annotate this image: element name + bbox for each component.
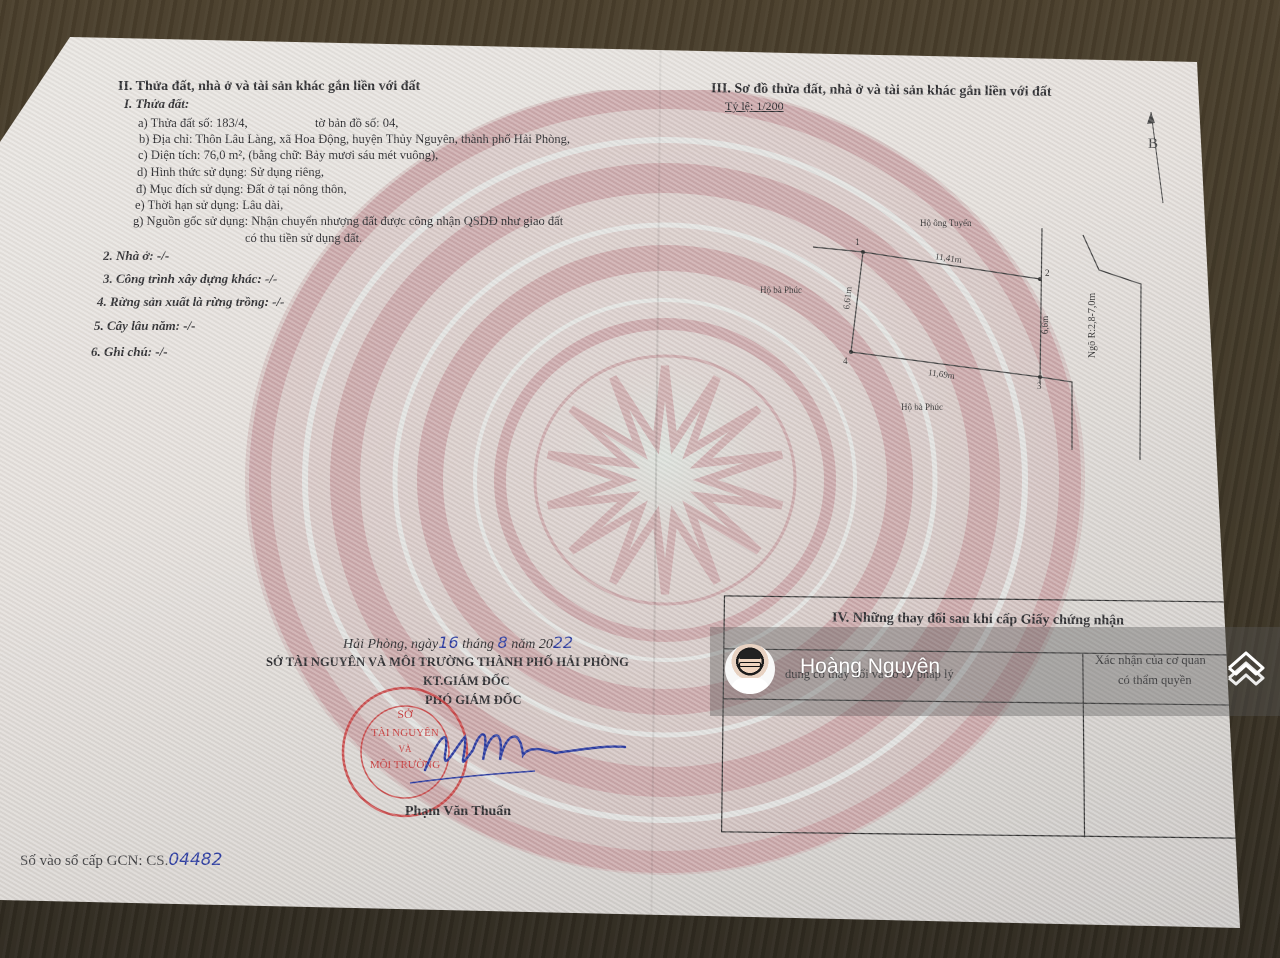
month-label: tháng	[462, 637, 494, 652]
stacked-chevrons-logo-icon	[1223, 648, 1269, 694]
handwritten-signature	[395, 715, 635, 790]
certificate-paper: II. Thửa đất, nhà ở và tài sản khác gắn …	[0, 0, 1280, 958]
land-line: g) Nguồn gốc sử dụng: Nhận chuyển nhượng…	[133, 214, 563, 229]
year-label: năm 20	[511, 637, 553, 652]
place-date-prefix: Hải Phòng, ngày	[343, 637, 438, 652]
land-line: e) Thời hạn sử dụng: Lâu dài,	[135, 198, 283, 213]
edge-right-length: 6,6m	[1040, 316, 1050, 334]
north-arrow	[1147, 112, 1163, 203]
vertex-2: 2	[1045, 268, 1050, 278]
date-month: 8	[498, 633, 508, 652]
place-date: Hải Phòng, ngày16 tháng 8 năm 2022	[343, 633, 573, 653]
date-day: 16	[438, 633, 458, 652]
vertex-4: 4	[843, 356, 848, 366]
registry-value: 04482	[168, 850, 222, 870]
land-heading: I. Thửa đất:	[124, 96, 189, 112]
neighbor-top: Hộ ông Tuyến	[920, 218, 972, 228]
neighbor-left: Hộ bà Phúc	[760, 285, 802, 295]
user-name[interactable]: Hoàng Nguyên	[800, 655, 940, 679]
land-line: b) Địa chỉ: Thôn Lâu Làng, xã Hoa Động, …	[139, 132, 570, 147]
asset-item: 2. Nhà ở: -/-	[103, 248, 169, 264]
section-2-title: II. Thửa đất, nhà ở và tài sản khác gắn …	[118, 79, 420, 95]
signer-name: Phạm Văn Thuấn	[405, 804, 511, 820]
land-line: a) Thửa đất số: 183/4,	[138, 116, 248, 131]
parcel-diagram	[740, 100, 1180, 460]
user-avatar[interactable]	[725, 644, 775, 694]
registry-label: Số vào sổ cấp GCN: CS.	[20, 853, 168, 869]
asset-item: 6. Ghi chú: -/-	[91, 344, 168, 360]
map-sheet-number: tờ bản đồ số: 04,	[315, 116, 398, 131]
vertex-1: 1	[855, 237, 860, 247]
asset-item: 4. Rừng sản xuất là rừng trồng: -/-	[97, 294, 285, 310]
vertex-3: 3	[1037, 381, 1042, 391]
watermark-bar	[710, 627, 1280, 716]
neighbor-bottom: Hộ bà Phúc	[901, 402, 943, 412]
north-label: B	[1148, 136, 1158, 153]
date-year: 22	[553, 633, 573, 652]
asset-item: 5. Cây lâu năm: -/-	[94, 318, 195, 334]
agency-name: SỞ TÀI NGUYÊN VÀ MÔI TRƯỜNG THÀNH PHỐ HẢ…	[266, 655, 629, 670]
land-line: đ) Mục đích sử dụng: Đất ở tại nông thôn…	[136, 182, 347, 197]
road-label: Ngõ R:2,8-7,0m	[1087, 293, 1098, 358]
land-line: d) Hình thức sử dụng: Sử dụng riêng,	[137, 165, 324, 180]
registry-number: Số vào sổ cấp GCN: CS.04482	[20, 850, 222, 870]
land-line: c) Diện tích: 76,0 m², (bằng chữ: Bảy mư…	[138, 148, 438, 163]
asset-item: 3. Công trình xây dựng khác: -/-	[103, 271, 277, 287]
land-line: có thu tiền sử dụng đất.	[245, 231, 362, 246]
